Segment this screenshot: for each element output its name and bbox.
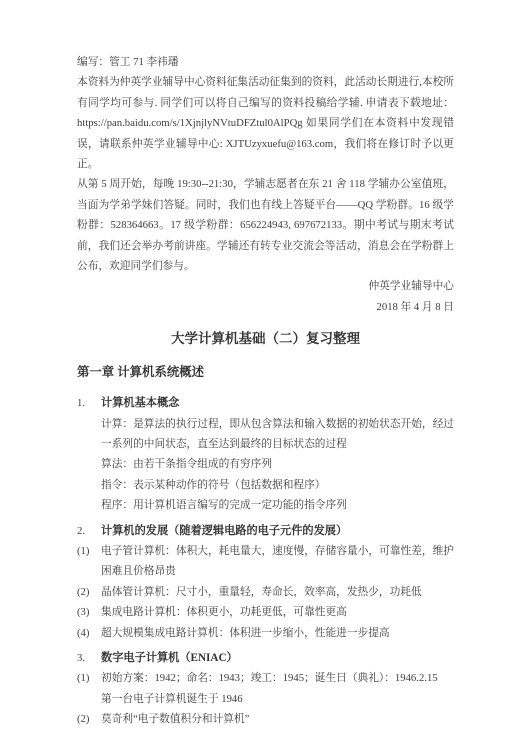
definition-line: 指令：表示某种动作的符号（包括数据和程序） [101,475,454,495]
list-item-text: 集成电路计算机：体积更小，功耗更低，可靠性更高 [101,602,454,622]
signature-line: 仲英学业辅导中心 [77,276,454,296]
section-computer-development: 2. 计算机的发展（随着逻辑电路的电子元件的发展） (1) 电子管计算机：体积大… [77,521,454,643]
section-title: 计算机基本概念 [101,393,454,413]
author-line: 编写：管工 71 李祎璠 [77,52,454,72]
list-item: (1) 电子管计算机：体积大，耗电量大，速度慢，存储容量小，可靠性差，维护困难且… [77,541,454,582]
section-number: 2. [77,521,101,541]
section-basic-concepts: 1. 计算机基本概念 计算：是算法的执行过程，即从包含算法和输入数据的初始状态开… [77,393,454,515]
list-item: (2) 莫奇利“电子数值积分和计算机” [77,709,454,729]
section-number: 3. [77,648,101,668]
list-item: (4) 超大规模集成电路计算机：体积进一步缩小，性能进一步提高 [77,623,454,643]
list-item-label: (1) [77,541,101,582]
definition-line: 计算：是算法的执行过程，即从包含算法和输入数据的初始状态开始，经过一系列的中间状… [101,414,454,455]
section-heading: 3. 数字电子计算机（ENIAC） [77,648,454,668]
list-item-label: (2) [77,582,101,602]
list-item-label: (3) [77,602,101,622]
list-item-text: 电子管计算机：体积大，耗电量大，速度慢，存储容量小，可靠性差，维护困难且价格昂贵 [101,541,454,582]
list-item-label: (2) [77,709,101,729]
list-item-text: 初始方案：1942；命名：1943；竣工：1945；诞生日（典礼）：1946.2… [101,668,454,709]
definition-line: 程序：用计算机语言编写的完成一定功能的指令序列 [101,495,454,515]
list-item-line: 初始方案：1942；命名：1943；竣工：1945；诞生日（典礼）：1946.2… [101,668,454,688]
document-title: 大学计算机基础（二）复习整理 [77,329,454,349]
definition-line: 算法：由若干条指令组成的有穷序列 [101,454,454,474]
section-title: 计算机的发展（随着逻辑电路的电子元件的发展） [101,521,454,541]
list-item-text: 莫奇利“电子数值积分和计算机” [101,709,454,729]
date-line: 2018 年 4 月 8 日 [77,297,454,317]
list-item-text: 超大规模集成电路计算机：体积进一步缩小，性能进一步提高 [101,623,454,643]
list-item: (3) 集成电路计算机：体积更小，功耗更低，可靠性更高 [77,602,454,622]
list-item-label: (4) [77,623,101,643]
list-item-text: 晶体管计算机：尺寸小，重量轻，寿命长，效率高，发热少，功耗低 [101,582,454,602]
intro-paragraph: 本资料为仲英学业辅导中心资料征集活动征集到的资料，此活动长期进行,本校所有同学均… [77,72,454,174]
section-title: 数字电子计算机（ENIAC） [101,648,454,668]
list-item: (2) 晶体管计算机：尺寸小，重量轻，寿命长，效率高，发热少，功耗低 [77,582,454,602]
list-item-label: (1) [77,668,101,709]
list-item-line: 第一台电子计算机诞生于 1946 [101,689,454,709]
section-heading: 1. 计算机基本概念 [77,393,454,413]
list-item: (1) 初始方案：1942；命名：1943；竣工：1945；诞生日（典礼）：19… [77,668,454,709]
section-number: 1. [77,393,101,413]
chapter-heading: 第一章 计算机系统概述 [77,362,454,382]
section-heading: 2. 计算机的发展（随着逻辑电路的电子元件的发展） [77,521,454,541]
schedule-paragraph: 从第 5 周开始，每晚 19:30--21:30，学辅志愿者在东 21 舍 11… [77,174,454,276]
section-eniac: 3. 数字电子计算机（ENIAC） (1) 初始方案：1942；命名：1943；… [77,648,454,730]
document-page: 编写：管工 71 李祎璠 本资料为仲英学业辅导中心资料征集活动征集到的资料，此活… [0,0,523,740]
